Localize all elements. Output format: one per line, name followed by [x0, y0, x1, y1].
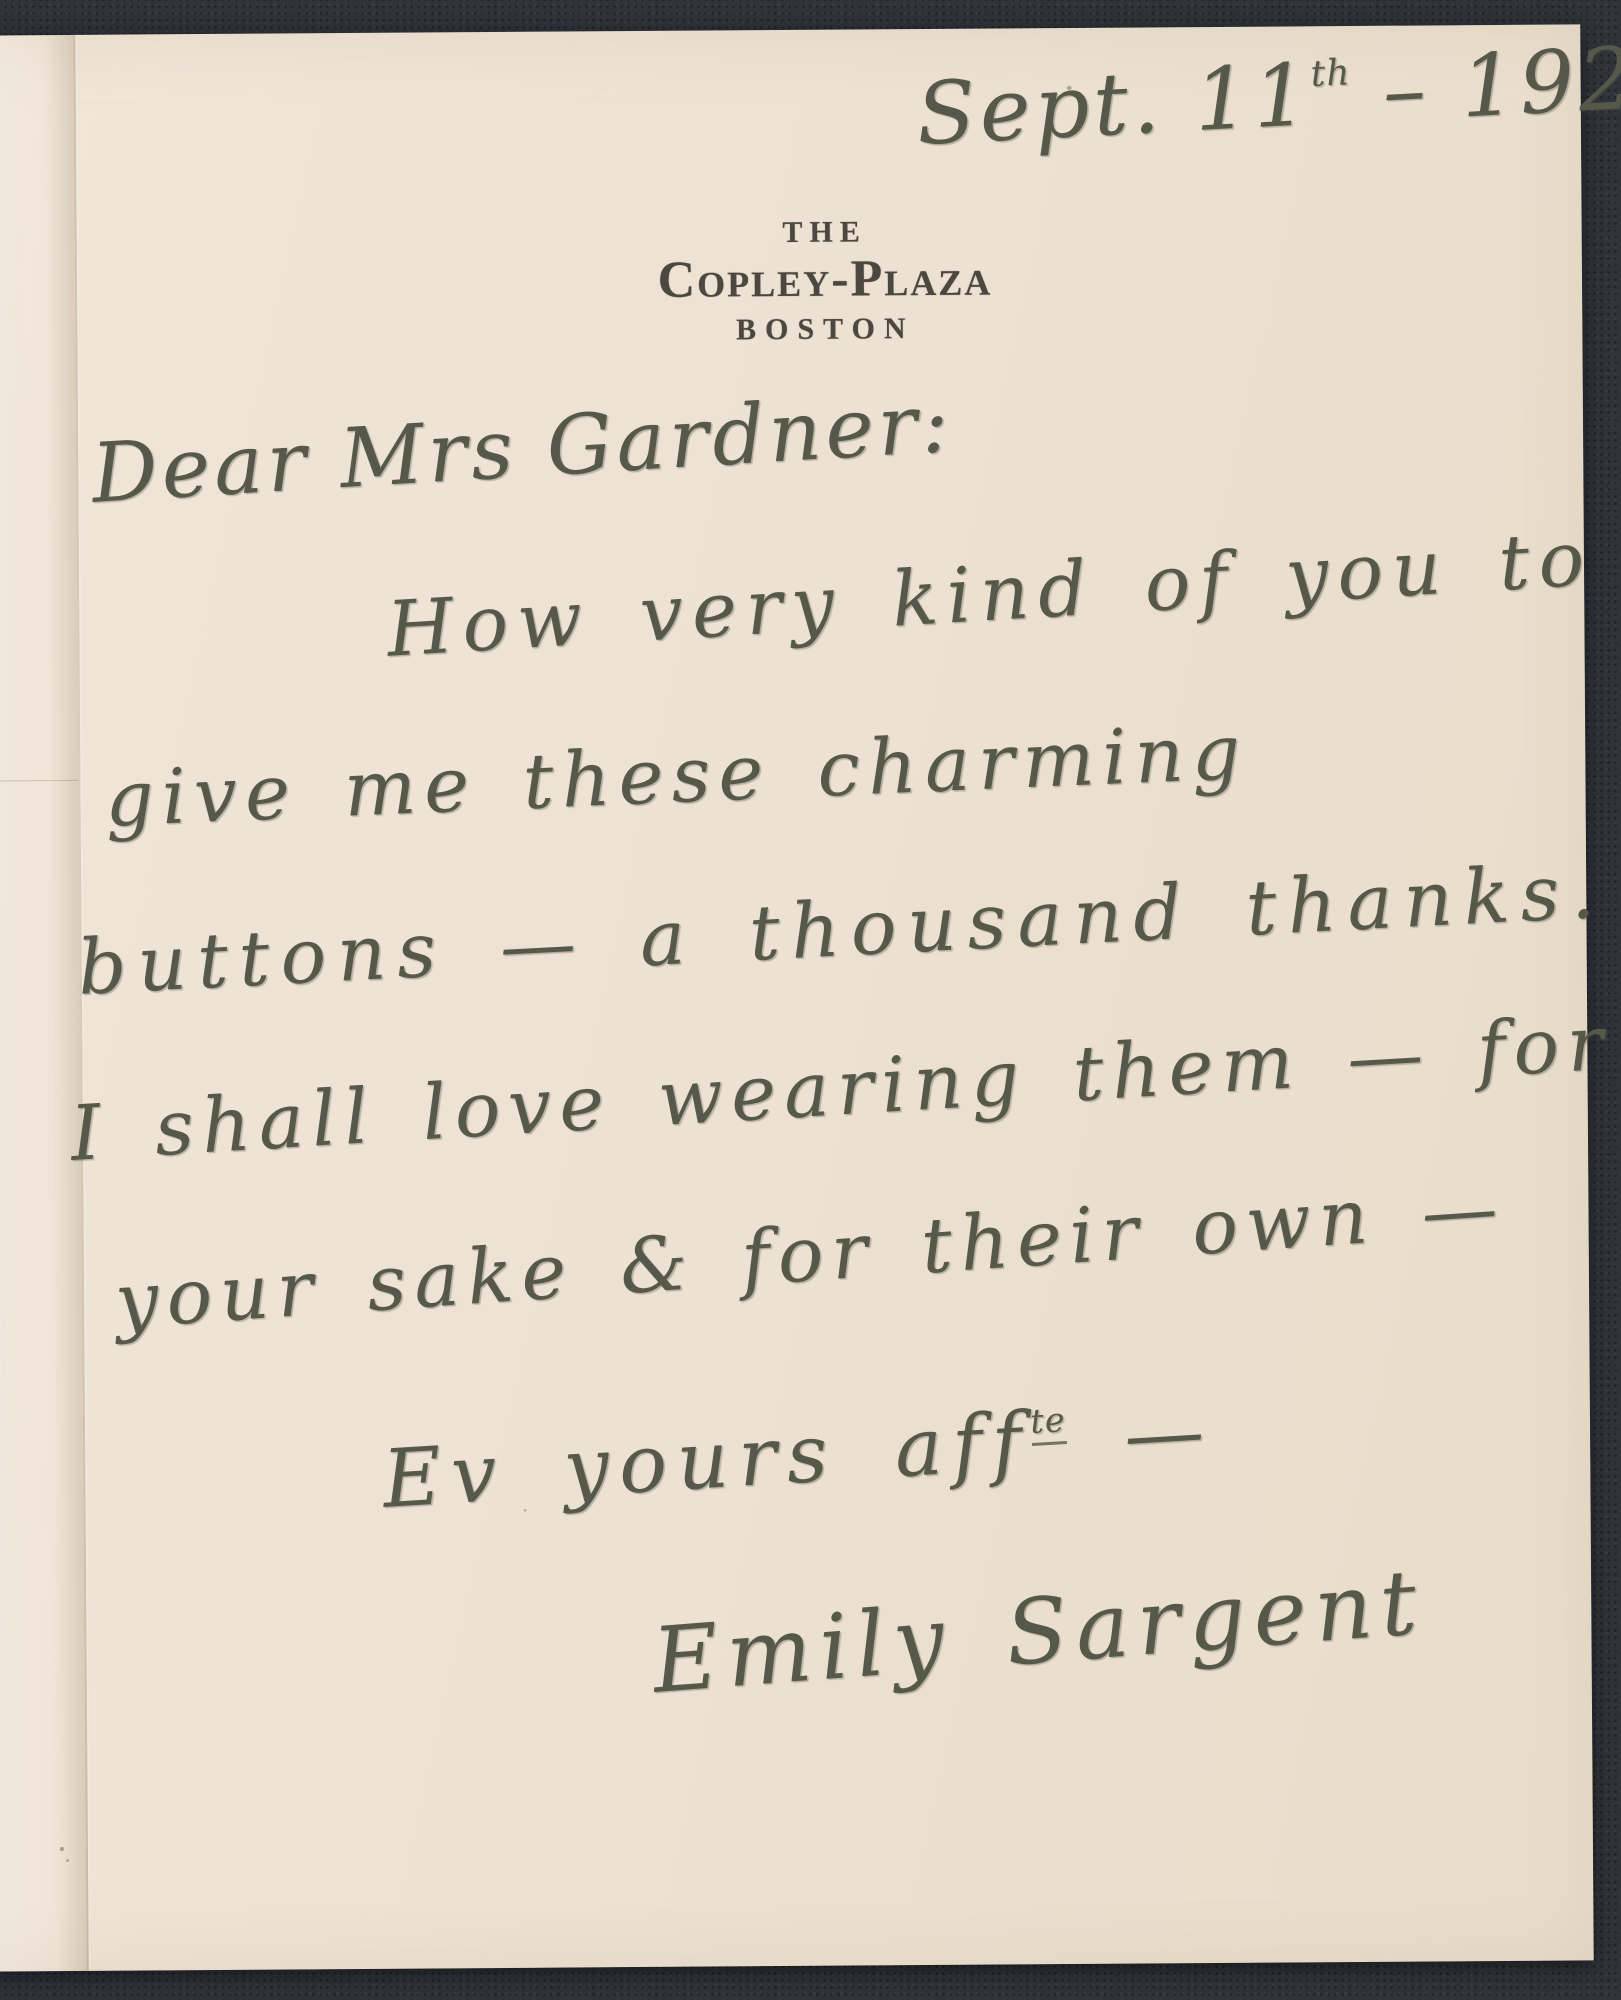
closing-line: Ev yours affte — — [380, 1384, 1216, 1526]
letter-paper: Sept. 11th – 1922 THE Copley-Plaza BOSTO… — [0, 24, 1594, 1971]
paper-speck — [66, 1859, 69, 1862]
body-line-5: your sake & for their own — — [112, 1162, 1508, 1346]
signature-emily-sargent: Emily Sargent — [649, 1550, 1428, 1714]
closing-prefix: Ev yours aff — [380, 1394, 1034, 1525]
letterhead-hotel-name: Copley-Plaza — [625, 248, 1025, 311]
horizontal-fold-crease — [0, 780, 78, 782]
closing-superscript: te — [1029, 1400, 1067, 1446]
letterhead-city: BOSTON — [625, 312, 1025, 347]
body-line-2: give me these charming — [103, 707, 1250, 844]
handwritten-date: Sept. 11th – 1922 — [914, 26, 1621, 165]
date-prefix: Sept. 11 — [914, 45, 1314, 165]
paper-speck — [60, 1847, 64, 1851]
closing-suffix: — — [1064, 1384, 1217, 1486]
letterhead-the: THE — [625, 216, 1025, 249]
letterhead: THE Copley-Plaza BOSTON — [625, 216, 1026, 347]
date-superscript: th — [1310, 50, 1352, 95]
date-suffix: – 1922 — [1380, 26, 1621, 142]
body-line-4: I shall love wearing them — for — [68, 998, 1614, 1178]
body-line-1: How very kind of you to — [384, 513, 1595, 673]
salutation: Dear Mrs Gardner: — [89, 376, 955, 522]
photo-backdrop: Sept. 11th – 1922 THE Copley-Plaza BOSTO… — [0, 0, 1621, 2000]
body-line-3: buttons — a thousand thanks. — [76, 846, 1608, 1012]
